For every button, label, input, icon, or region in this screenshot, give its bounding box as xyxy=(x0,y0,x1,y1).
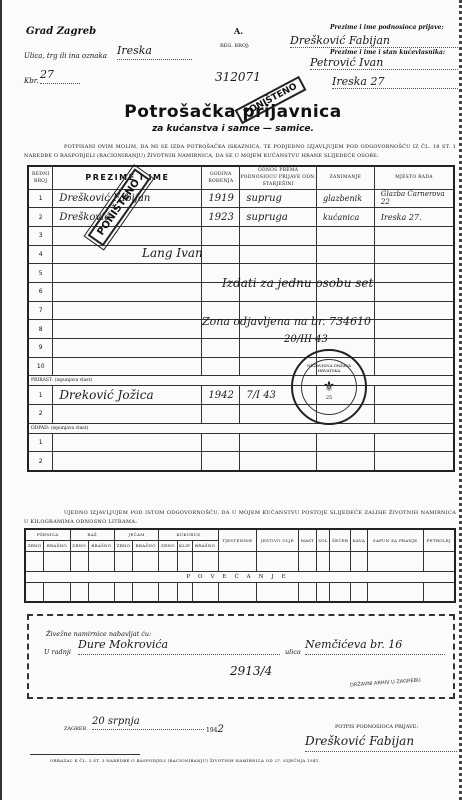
form-subtitle: za kućanstva i samce — samice. xyxy=(2,124,462,134)
table-row: 1 xyxy=(28,433,454,452)
row-number: 2 xyxy=(28,208,53,227)
col-header-birth-year: GODINA ROĐENJA xyxy=(202,166,240,189)
row-number: 2 xyxy=(28,452,53,471)
cell xyxy=(367,551,423,571)
cell xyxy=(298,551,316,571)
increase-label: POVEĆANJE xyxy=(25,571,455,582)
cell xyxy=(218,551,256,571)
increase-header-row: POVEĆANJE xyxy=(25,571,455,582)
cell xyxy=(159,551,177,571)
row-workplace xyxy=(374,245,454,264)
row-number: 2 xyxy=(28,405,53,424)
supplies-declaration: UJEDNO IZJAVLJUJEM POD ISTOM ODGOVORNOŠĆ… xyxy=(24,509,456,527)
shop-label: U radnji xyxy=(44,648,71,656)
col-header-workplace: MJESTO RADA xyxy=(374,166,454,189)
row-workplace: Glazba Carnerova 22 xyxy=(374,189,454,208)
row-number: 1 xyxy=(28,189,53,208)
street-label: Ulica, trg ili ina oznaka xyxy=(24,52,107,60)
row-occupation xyxy=(317,433,375,452)
row-relation xyxy=(240,452,317,471)
form-title: Potrošačka prijavnica xyxy=(2,102,462,122)
row-number: 8 xyxy=(28,320,53,339)
prirast-label: PRIRAST: (ispunjava vlast) xyxy=(28,376,454,386)
applicant-field: Drešković Fabijan xyxy=(290,34,458,48)
house-number-field: 27 xyxy=(40,68,80,84)
cell xyxy=(317,551,330,571)
row-relation: supruga xyxy=(240,208,317,227)
cell xyxy=(133,582,159,602)
row-number: 5 xyxy=(28,264,53,283)
coat-of-arms-icon: ⚜ xyxy=(302,379,356,395)
row-name xyxy=(53,226,202,245)
sub-klip: KLIP xyxy=(177,540,192,551)
row-occupation xyxy=(317,452,375,471)
handwritten-note-date: 20/III 43 xyxy=(284,334,328,345)
shop-intro: Živežne namirnice nabavljat ću: xyxy=(46,630,151,638)
cell xyxy=(70,582,88,602)
row-number: 1 xyxy=(28,433,53,452)
handwritten-note-name: Lang Ivan xyxy=(142,246,203,260)
row-workplace xyxy=(374,405,454,424)
col-header-occupation: ZANIMANJE xyxy=(317,166,375,189)
cell xyxy=(70,551,88,571)
sub-zrno: ZRNO xyxy=(25,540,44,551)
row-occupation xyxy=(317,226,375,245)
prirast-section-header: PRIRAST: (ispunjava vlast) xyxy=(28,376,454,386)
odpad-section-header: ODPAD: (ispunjava vlast) xyxy=(28,423,454,433)
cell xyxy=(192,582,218,602)
cell xyxy=(114,582,132,602)
row-number: 4 xyxy=(28,245,53,264)
cell xyxy=(317,582,330,602)
cell xyxy=(256,551,298,571)
row-number: 3 xyxy=(28,226,53,245)
row-year xyxy=(202,452,240,471)
owner-label: Prezime i ime i stan kućevlasnika: xyxy=(330,49,445,56)
row-name xyxy=(53,357,202,376)
col-secer: ŠEĆER xyxy=(330,529,351,551)
applicant-label: Prezime i ime podnosioca prijave: xyxy=(330,24,444,31)
row-year: 1942 xyxy=(202,386,240,405)
table-row: 1 Dreković Jožica 1942 7/I 43 xyxy=(28,386,454,405)
row-name xyxy=(53,301,202,320)
row-workplace xyxy=(374,226,454,245)
row-name xyxy=(53,339,202,358)
col-kava: KAVA xyxy=(351,529,367,551)
row-number: 6 xyxy=(28,282,53,301)
city-heading: Grad Zagreb xyxy=(26,26,96,37)
group-raz: RAŽ xyxy=(70,529,114,540)
footer-divider xyxy=(30,754,140,755)
row-number: 1 xyxy=(28,386,53,405)
col-sol: SOL xyxy=(317,529,330,551)
col-sapun: SAPUN ZA PRANJE xyxy=(367,529,423,551)
reg-number-field: 312071 xyxy=(215,70,261,84)
row-workplace xyxy=(374,357,454,376)
sub-brasno: BRAŠNO xyxy=(44,540,70,551)
shop-box xyxy=(27,614,455,699)
row-workplace xyxy=(374,301,454,320)
sub-zrno: ZRNO xyxy=(70,540,88,551)
shop-field: Dure Mokrovića xyxy=(78,638,280,655)
row-year xyxy=(202,357,240,376)
cell xyxy=(367,582,423,602)
col-tjestenine: TJESTENINE xyxy=(218,529,256,551)
year-field: 1942 xyxy=(206,724,224,735)
col-header-relation: ODNOS PREMA PODNOSIOCU PRIJAVE ODN. STAR… xyxy=(240,166,317,189)
row-number: 7 xyxy=(28,301,53,320)
footer-note: OBRAZAC K ČL. 3 ST. 3 NAREDBE O RASPODJE… xyxy=(50,758,320,763)
house-number-label: Kbr. xyxy=(24,77,39,85)
place-label: ZAGREB, xyxy=(64,726,88,732)
row-year xyxy=(202,405,240,424)
sub-brasno: BRAŠNO xyxy=(88,540,114,551)
reg-number-label: REG. BROJ: xyxy=(220,43,249,49)
row-workplace xyxy=(374,452,454,471)
round-stamp-top-text: NEZAVISNA DRŽAVA HRVATSKA xyxy=(307,363,351,373)
cell xyxy=(25,551,44,571)
round-stamp-inner: NEZAVISNA DRŽAVA HRVATSKA ⚜ 25 xyxy=(301,359,357,415)
col-header-no: REDNI BROJ xyxy=(28,166,53,189)
row-workplace xyxy=(374,320,454,339)
row-year xyxy=(202,433,240,452)
row-occupation xyxy=(317,245,375,264)
cell xyxy=(177,551,192,571)
row-relation xyxy=(240,245,317,264)
owner-field: Petrović Ivan xyxy=(310,56,458,70)
cell xyxy=(351,551,367,571)
shop-street-label: ulica xyxy=(285,648,301,656)
cell xyxy=(159,582,177,602)
row-number: 9 xyxy=(28,339,53,358)
row-relation: suprug xyxy=(240,189,317,208)
form-letter: A. xyxy=(234,26,243,36)
sub-zrno: ZRNO xyxy=(114,540,132,551)
table-row: 1 Drešković Fabijan 1919 suprug glazbeni… xyxy=(28,189,454,208)
row-name: Dreković Jožica xyxy=(53,386,202,405)
supplies-group-header-row: PŠENICA RAŽ JEČAM KUKURUZ TJESTENINE JES… xyxy=(25,529,455,540)
col-petrolej: PETROLEJ xyxy=(423,529,455,551)
table-row: 2 xyxy=(28,405,454,424)
signature-label: POTPIS PODNOSIOCA PRIJAVE: xyxy=(335,724,418,730)
handwritten-note-issue: Izdati za jednu osobu set xyxy=(222,276,373,290)
row-workplace xyxy=(374,433,454,452)
shop-street-field: Nemčićeva br. 16 xyxy=(305,638,445,655)
row-name xyxy=(53,264,202,283)
year-prefix: 194 xyxy=(206,727,217,734)
declaration-text: POTPISANI OVIM MOLIM, DA MI SE IZDA POTR… xyxy=(24,143,456,161)
group-kukuruz: KUKURUZ xyxy=(159,529,218,540)
row-workplace xyxy=(374,386,454,405)
supplies-table: PŠENICA RAŽ JEČAM KUKURUZ TJESTENINE JES… xyxy=(24,528,456,603)
supplies-value-row xyxy=(25,551,455,571)
row-year xyxy=(202,226,240,245)
increase-value-row xyxy=(25,582,455,602)
table-row: 9 xyxy=(28,339,454,358)
cell xyxy=(218,582,256,602)
cell xyxy=(88,551,114,571)
cell xyxy=(256,582,298,602)
row-occupation: glazbenik xyxy=(317,189,375,208)
cell xyxy=(114,551,132,571)
cell xyxy=(423,582,455,602)
handwritten-note-deregistered: Zona odjavljena na br. 734610 xyxy=(202,315,371,328)
row-name xyxy=(53,282,202,301)
round-stamp-day: 25 xyxy=(302,395,356,401)
table-row: 2 Drešković 1923 supruga kućanica Ireska… xyxy=(28,208,454,227)
cell xyxy=(192,551,218,571)
cell xyxy=(177,582,192,602)
document-page: Grad Zagreb Ulica, trg ili ina oznaka Ir… xyxy=(0,0,462,800)
group-psenica: PŠENICA xyxy=(25,529,70,540)
sub-brasno: BRAŠNO xyxy=(133,540,159,551)
row-year xyxy=(202,245,240,264)
cell xyxy=(330,551,351,571)
signature-field: Drešković Fabijan xyxy=(305,734,457,752)
cell xyxy=(44,551,70,571)
cell xyxy=(330,582,351,602)
reference-number: 2913/4 xyxy=(230,664,272,678)
row-year: 1923 xyxy=(202,208,240,227)
row-name xyxy=(53,320,202,339)
row-relation xyxy=(240,226,317,245)
cell xyxy=(133,551,159,571)
row-name xyxy=(53,433,202,452)
table-row: 2 xyxy=(28,452,454,471)
sub-brasno: BRAŠNO xyxy=(192,540,218,551)
row-name xyxy=(53,405,202,424)
row-workplace xyxy=(374,282,454,301)
cell xyxy=(88,582,114,602)
cell xyxy=(44,582,70,602)
table-row: 10 xyxy=(28,357,454,376)
row-workplace xyxy=(374,339,454,358)
street-field: Ireska xyxy=(117,44,192,60)
cell xyxy=(423,551,455,571)
official-round-stamp: NEZAVISNA DRŽAVA HRVATSKA ⚜ 25 xyxy=(291,349,367,425)
row-relation xyxy=(240,433,317,452)
cell xyxy=(351,582,367,602)
year-suffix: 2 xyxy=(217,724,223,735)
row-number: 10 xyxy=(28,357,53,376)
col-jestivo-ulje: JESTIVO ULJE xyxy=(256,529,298,551)
odpad-label: ODPAD: (ispunjava vlast) xyxy=(28,423,454,433)
table-row: 4 xyxy=(28,245,454,264)
col-mast: MAST xyxy=(298,529,316,551)
cell xyxy=(25,582,44,602)
table-header-row: REDNI BROJ PREZIME I IME GODINA ROĐENJA … xyxy=(28,166,454,189)
sub-zrno: ZRNO xyxy=(159,540,177,551)
row-workplace: Ireska 27. xyxy=(374,208,454,227)
owner-address-field: Ireska 27 xyxy=(332,75,458,89)
row-year xyxy=(202,339,240,358)
cell xyxy=(298,582,316,602)
row-occupation: kućanica xyxy=(317,208,375,227)
row-name xyxy=(53,452,202,471)
group-jecam: JEČAM xyxy=(114,529,158,540)
row-year: 1919 xyxy=(202,189,240,208)
date-field: 20 srpnja xyxy=(92,716,204,730)
row-workplace xyxy=(374,264,454,283)
